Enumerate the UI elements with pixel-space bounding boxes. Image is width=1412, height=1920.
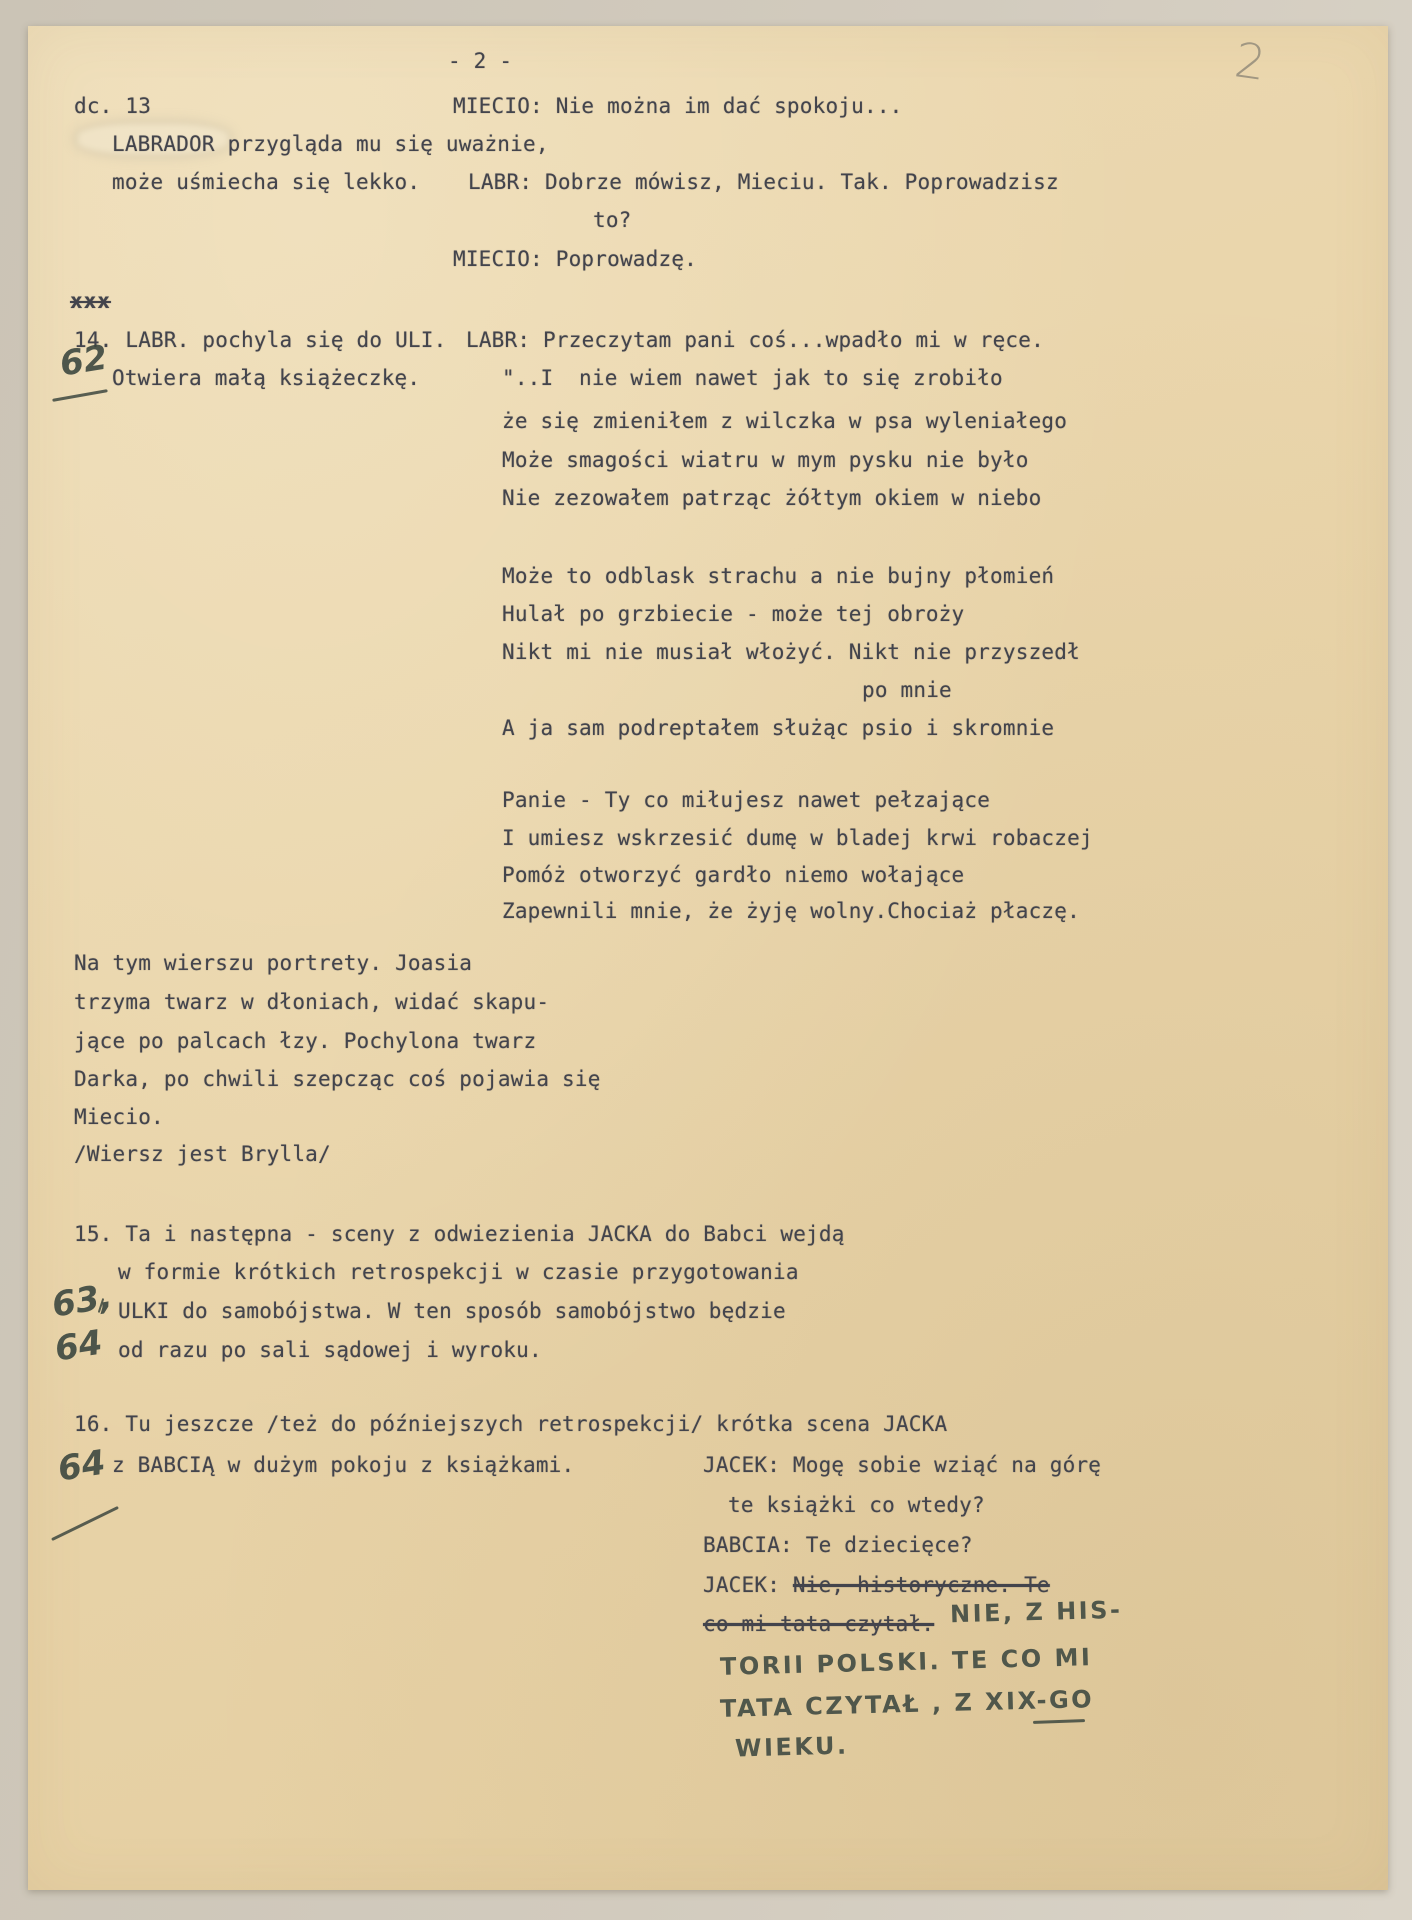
- poem-line: Może smagości wiatru w mym pysku nie był…: [502, 447, 1029, 473]
- scene16-dialogue-jacek2: JACEK: Nie, historyczne. Te: [703, 1572, 1050, 1598]
- margin-shot-number-62: 62: [57, 338, 110, 385]
- jacek2-struck-text: Nie, historyczne. Te: [793, 1573, 1050, 1597]
- poem-line: "..I nie wiem nawet jak to się zrobiło: [502, 365, 1003, 391]
- margin-62-underline: [52, 389, 108, 402]
- jacek2-struck-text-line2: co mi tata czytał.: [703, 1611, 934, 1637]
- handwritten-correction-line: TORII POLSKI. TE CO MI: [720, 1643, 1093, 1681]
- margin-64-slash: [51, 1506, 119, 1541]
- poem-line: Panie - Ty co miłujesz nawet pełzające: [502, 787, 990, 813]
- poem-line: że się zmieniłem z wilczka w psa wylenia…: [502, 408, 1067, 434]
- scene14-description-line: Miecio.: [74, 1104, 164, 1130]
- struck-separator: xxx: [70, 288, 111, 314]
- poem-line: Pomóż otworzyć gardło niemo wołające: [502, 862, 964, 888]
- margin-shot-number-63: 63,: [49, 1277, 115, 1326]
- jacek2-prefix: JACEK:: [703, 1573, 793, 1597]
- scene15-line: od razu po sali sądowej i wyroku.: [118, 1337, 542, 1363]
- scene14-dialogue-labr: LABR: Przeczytam pani coś...wpadło mi w …: [466, 327, 1044, 353]
- scene14-action2: Otwiera małą książeczkę.: [112, 365, 420, 391]
- scene13-dialogue-miecio2: MIECIO: Poprowadzę.: [453, 246, 697, 272]
- scene14-description-line: Darka, po chwili szepcząc coś pojawia si…: [74, 1066, 601, 1092]
- poem-line: Nie zezowałem patrząc żółtym okiem w nie…: [502, 485, 1041, 511]
- scene16-dialogue-jacek1-cont: te książki co wtedy?: [728, 1492, 985, 1518]
- margin-shot-number-64a: 64: [52, 1323, 105, 1370]
- scene14-description-line: /Wiersz jest Brylla/: [74, 1141, 331, 1167]
- poem-line: Nikt mi nie musiał włożyć. Nikt nie przy…: [502, 639, 1080, 665]
- poem-line: po mnie: [862, 677, 952, 703]
- scene14-description-line: jące po palcach łzy. Pochylona twarz: [74, 1028, 536, 1054]
- scene15-line: w formie krótkich retrospekcji w czasie …: [118, 1259, 799, 1285]
- scene16-line1: 16. Tu jeszcze /też do późniejszych retr…: [74, 1411, 947, 1437]
- scene15-line: 15. Ta i następna - sceny z odwiezienia …: [74, 1221, 845, 1247]
- scene13-action2: może uśmiecha się lekko.: [112, 169, 420, 195]
- scene14-action1: 14. LABR. pochyla się do ULI.: [74, 327, 446, 353]
- scene13-dialogue-labr-cont: to?: [593, 207, 632, 233]
- xix-underline: [1033, 1719, 1085, 1724]
- handwritten-correction-line: WIEKU.: [735, 1732, 849, 1763]
- scene13-action1: LABRADOR przygląda mu się uważnie,: [112, 131, 549, 157]
- poem-line: I umiesz wskrzesić dumę w bladej krwi ro…: [502, 825, 1093, 851]
- scene15-line: ULKI do samobójstwa. W ten sposób samobó…: [118, 1298, 786, 1324]
- poem-line: Hulał po grzbiecie - może tej obroży: [502, 601, 964, 627]
- handwritten-correction-line: TATA CZYTAŁ , Z XIX-GO: [720, 1685, 1095, 1723]
- scene13-margin-label: dc. 13: [74, 93, 151, 119]
- scene13-dialogue-labr: LABR: Dobrze mówisz, Mieciu. Tak. Poprow…: [468, 169, 1059, 195]
- scene14-description-line: trzyma twarz w dłoniach, widać skapu-: [74, 989, 549, 1015]
- scene13-dialogue-miecio1: MIECIO: Nie można im dać spokoju...: [453, 93, 903, 119]
- poem-line: A ja sam podreptałem służąc psio i skrom…: [502, 715, 1054, 741]
- scene14-description-line: Na tym wierszu portrety. Joasia: [74, 950, 472, 976]
- page-number: - 2 -: [448, 48, 512, 74]
- handwritten-correction-line: NIE, Z HIS-: [950, 1596, 1123, 1629]
- scene16-dialogue-jacek1: JACEK: Mogę sobie wziąć na górę: [703, 1452, 1101, 1478]
- scene16-line2: z BABCIĄ w dużym pokoju z książkami.: [112, 1452, 574, 1478]
- scene16-dialogue-babcia: BABCIA: Te dziecięce?: [703, 1532, 973, 1558]
- margin-shot-number-64b: 64: [55, 1443, 108, 1490]
- poem-line: Zapewnili mnie, że żyję wolny.Chociaż pł…: [502, 898, 1080, 924]
- corner-pencil-number: 2: [1231, 32, 1269, 92]
- poem-line: Może to odblask strachu a nie bujny płom…: [502, 563, 1054, 589]
- screenshot-root: { "document": { "page_number": "- 2 -", …: [0, 0, 1412, 1920]
- typewritten-script-page: - 2 - 2 dc. 13 MIECIO: Nie można im dać …: [28, 26, 1388, 1890]
